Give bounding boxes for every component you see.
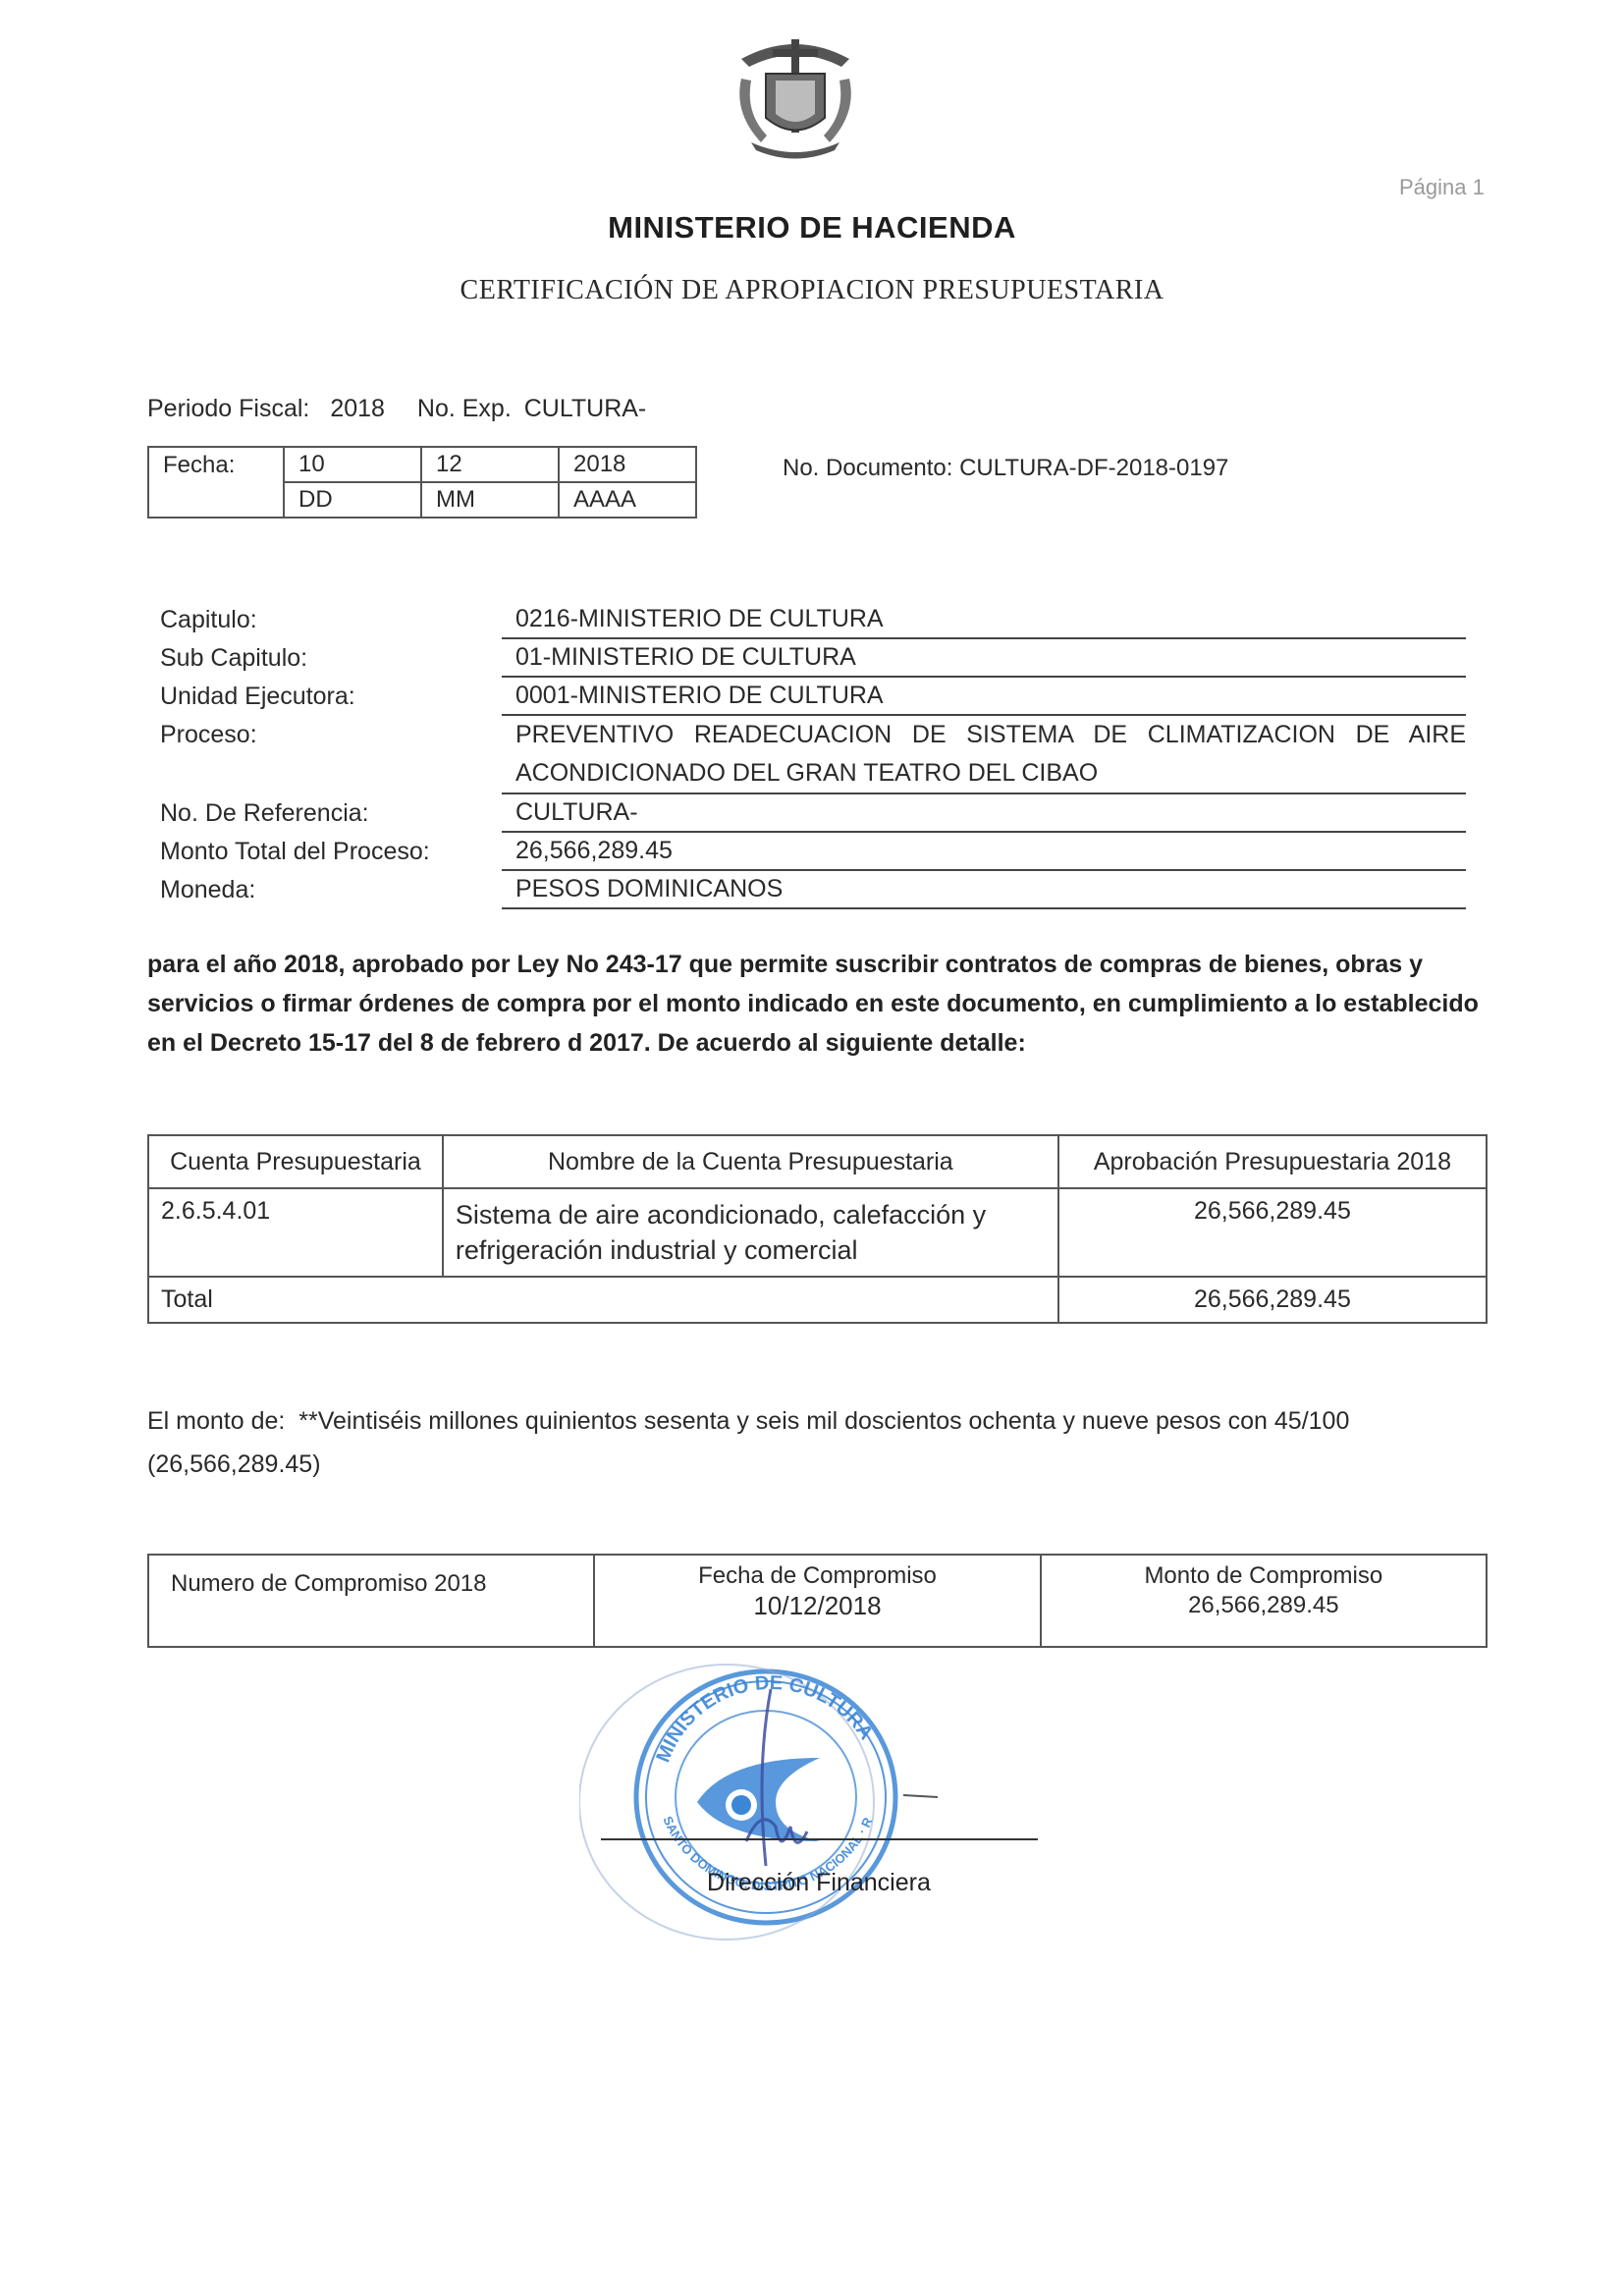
field-value: 0216-MINISTERIO DE CULTURA bbox=[502, 601, 1466, 639]
field-sub-capitulo: Sub Capitulo: 01-MINISTERIO DE CULTURA bbox=[160, 639, 1466, 678]
date-year: 2018 bbox=[559, 447, 696, 482]
fiscal-period-label: Periodo Fiscal: bbox=[147, 395, 309, 422]
field-value: 0001-MINISTERIO DE CULTURA bbox=[502, 678, 1466, 716]
field-label: No. De Referencia: bbox=[160, 794, 502, 833]
field-capitulo: Capitulo: 0216-MINISTERIO DE CULTURA bbox=[160, 601, 1466, 639]
coat-of-arms-icon bbox=[722, 20, 869, 167]
date-day: 10 bbox=[284, 447, 421, 482]
field-unidad-ejecutora: Unidad Ejecutora: 0001-MINISTERIO DE CUL… bbox=[160, 678, 1466, 716]
commitment-date-value: 10/12/2018 bbox=[607, 1591, 1027, 1620]
legal-paragraph: para el año 2018, aprobado por Ley No 24… bbox=[147, 945, 1492, 1063]
document-number: No. Documento: CULTURA-DF-2018-0197 bbox=[783, 455, 1228, 482]
field-value: 26,566,289.45 bbox=[502, 833, 1466, 871]
field-proceso: Proceso: PREVENTIVO READECUACION DE SIST… bbox=[160, 716, 1466, 794]
date-day-format: DD bbox=[284, 482, 421, 518]
signature-label: Dirección Financiera bbox=[707, 1869, 931, 1897]
field-value: 01-MINISTERIO DE CULTURA bbox=[502, 639, 1466, 678]
certificate-title: CERTIFICACIÓN DE APROPIACION PRESUPUESTA… bbox=[0, 275, 1624, 306]
field-label: Unidad Ejecutora: bbox=[160, 678, 502, 716]
commitment-number-cell: Numero de Compromiso 2018 bbox=[148, 1555, 594, 1647]
table-header-row: Cuenta Presupuestaria Nombre de la Cuent… bbox=[148, 1135, 1487, 1188]
field-monto-total: Monto Total del Proceso: 26,566,289.45 bbox=[160, 833, 1466, 871]
field-label: Capitulo: bbox=[160, 601, 502, 639]
fiscal-period-value: 2018 bbox=[330, 395, 385, 422]
date-label: Fecha: bbox=[148, 447, 284, 518]
svg-text:SANTO DOMINGO, DISTRITO NACION: SANTO DOMINGO, DISTRITO NACIONAL · REPÚB… bbox=[579, 1630, 876, 1893]
total-label: Total bbox=[148, 1277, 1058, 1323]
account-name: Sistema de aire acondicionado, calefacci… bbox=[443, 1188, 1058, 1277]
field-label: Sub Capitulo: bbox=[160, 639, 502, 678]
field-label: Monto Total del Proceso: bbox=[160, 833, 502, 871]
field-label: Proceso: bbox=[160, 716, 502, 794]
amount-in-words-label: El monto de: bbox=[147, 1407, 285, 1435]
column-header: Aprobación Presupuestaria 2018 bbox=[1058, 1135, 1487, 1188]
commitment-amount-label: Monto de Compromiso bbox=[1054, 1561, 1474, 1591]
expedient-value: CULTURA- bbox=[524, 395, 647, 422]
account-code: 2.6.5.4.01 bbox=[148, 1188, 443, 1277]
official-stamp-icon: MINISTERIO DE CULTURA SANTO DOMINGO, DIS… bbox=[579, 1630, 952, 1944]
commitment-amount-value: 26,566,289.45 bbox=[1054, 1591, 1474, 1620]
budget-detail-table: Cuenta Presupuestaria Nombre de la Cuent… bbox=[147, 1134, 1488, 1324]
date-month: 12 bbox=[421, 447, 559, 482]
total-amount: 26,566,289.45 bbox=[1058, 1277, 1487, 1323]
date-box: Fecha: 10 12 2018 DD MM AAAA bbox=[147, 446, 697, 519]
commitment-date-label: Fecha de Compromiso bbox=[607, 1561, 1027, 1591]
amount-in-words-text: **Veintiséis millones quinientos sesenta… bbox=[147, 1407, 1349, 1478]
field-value: CULTURA- bbox=[502, 794, 1466, 833]
field-referencia: No. De Referencia: CULTURA- bbox=[160, 794, 1466, 833]
field-value: PREVENTIVO READECUACION DE SISTEMA DE CL… bbox=[502, 716, 1466, 794]
commitment-number-label: Numero de Compromiso 2018 bbox=[171, 1569, 581, 1599]
ministry-name: MINISTERIO DE HACIENDA bbox=[0, 210, 1624, 246]
amount-in-words: El monto de: **Veintiséis millones quini… bbox=[147, 1399, 1492, 1486]
date-year-format: AAAA bbox=[559, 482, 696, 518]
table-total-row: Total 26,566,289.45 bbox=[148, 1277, 1487, 1323]
expedient-label: No. Exp. bbox=[417, 395, 512, 422]
commitment-amount-cell: Monto de Compromiso 26,566,289.45 bbox=[1041, 1555, 1487, 1647]
page-number: Página 1 bbox=[1399, 175, 1485, 200]
field-moneda: Moneda: PESOS DOMINICANOS bbox=[160, 871, 1466, 909]
field-value: PESOS DOMINICANOS bbox=[502, 871, 1466, 909]
budget-fields: Capitulo: 0216-MINISTERIO DE CULTURA Sub… bbox=[160, 601, 1466, 909]
date-month-format: MM bbox=[421, 482, 559, 518]
account-amount: 26,566,289.45 bbox=[1058, 1188, 1487, 1277]
column-header: Cuenta Presupuestaria bbox=[148, 1135, 443, 1188]
signature-line bbox=[601, 1838, 1038, 1840]
field-label: Moneda: bbox=[160, 871, 502, 909]
table-row: 2.6.5.4.01 Sistema de aire acondicionado… bbox=[148, 1188, 1487, 1277]
fiscal-period-line: Periodo Fiscal: 2018 No. Exp. CULTURA- bbox=[147, 395, 660, 423]
column-header: Nombre de la Cuenta Presupuestaria bbox=[443, 1135, 1058, 1188]
